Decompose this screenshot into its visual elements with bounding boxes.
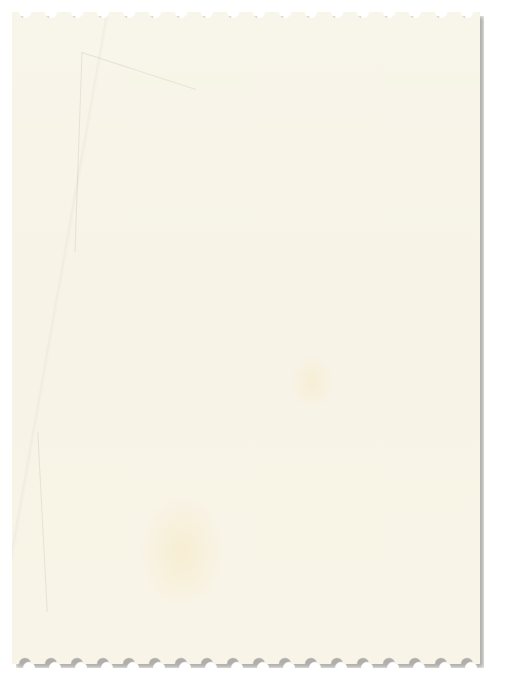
- postage-stamp-back: [12, 12, 480, 664]
- paper-fiber: [37, 432, 47, 612]
- paper-fiber: [82, 52, 196, 90]
- scene: Cream-colored paper with perforated edge…: [0, 0, 512, 684]
- stamp-paper: [12, 12, 480, 664]
- image-description: Cream-colored paper with perforated edge…: [0, 0, 1, 1]
- paper-fiber: [75, 52, 83, 252]
